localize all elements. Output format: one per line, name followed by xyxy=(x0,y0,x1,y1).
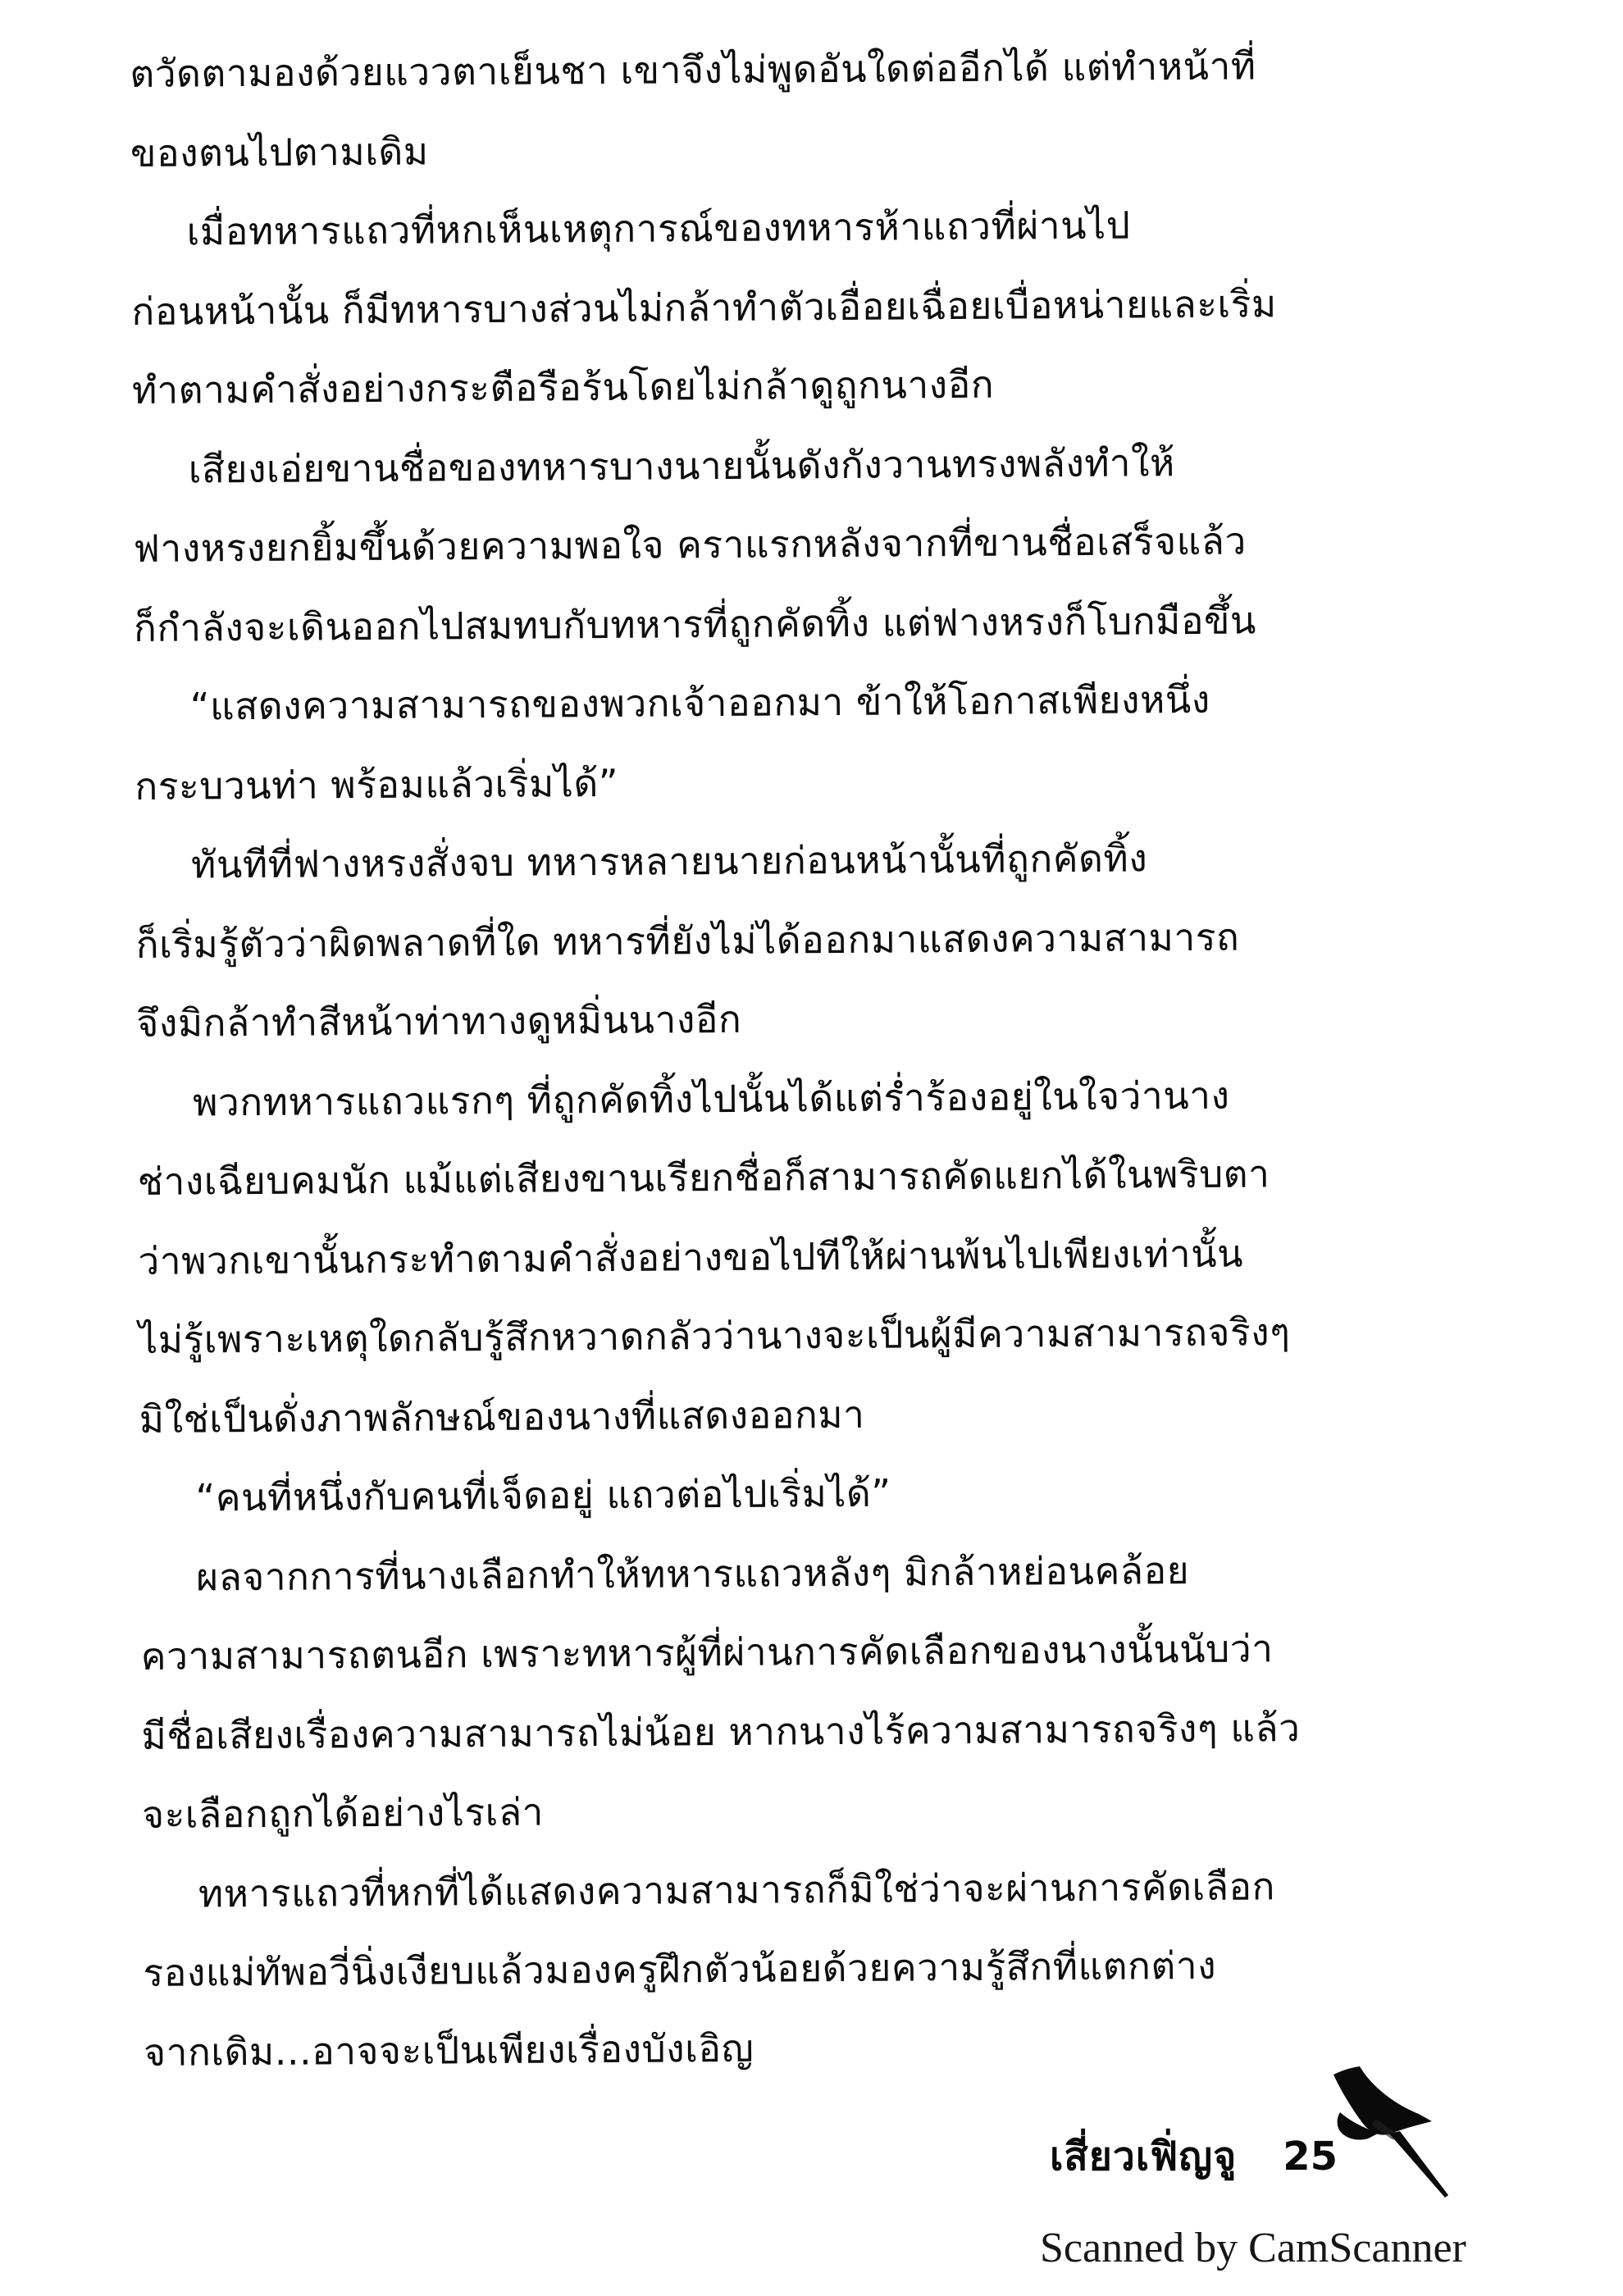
text-line: มีชื่อเสียงเรื่องความสามารถไม่น้อย หากนา… xyxy=(141,1687,1536,1775)
text-line: ทันทีที่ฟางหรงสั่งจบ ทหารหลายนายก่อนหน้า… xyxy=(135,816,1530,904)
book-title: เสี่ยวเฟิ่ญจู xyxy=(1050,2125,1237,2188)
text-line: ผลจากการที่นางเลือกทำให้ทหารแถวหลังๆ มิก… xyxy=(140,1528,1535,1617)
text-line: ก็กำลังจะเดินออกไปสมทบกับทหารที่ถูกคัดทิ… xyxy=(134,579,1529,667)
text-line: เสียงเอ่ยขานชื่อของทหารบางนายนั้นดังกังว… xyxy=(132,421,1527,509)
text-line: ทำตามคำสั่งอย่างกระตือรือร้นโดยไม่กล้าดู… xyxy=(132,341,1527,430)
body-text: ตวัดตามองด้วยแววตาเย็นชา เขาจึงไม่พูดอัน… xyxy=(130,25,1538,2092)
text-line: ความสามารถตนอีก เพราะทหารผู้ที่ผ่านการคั… xyxy=(140,1607,1535,1696)
text-line: กระบวนท่า พร้อมแล้วเริ่มได้” xyxy=(134,737,1530,826)
text-line: ทหารแถวที่หกที่ได้แสดงความสามารถก็มิใช่ว… xyxy=(142,1845,1537,1934)
text-line: จึงมิกล้าทำสีหน้าท่าทางดูหมิ่นนางอีก xyxy=(136,974,1531,1063)
camscanner-watermark: Scanned by CamScanner xyxy=(1040,2224,1466,2272)
text-line: ตวัดตามองด้วยแววตาเย็นชา เขาจึงไม่พูดอัน… xyxy=(130,25,1525,113)
text-line: พวกทหารแถวแรกๆ ที่ถูกคัดทิ้งไปนั้นได้แต่… xyxy=(137,1054,1532,1142)
text-line: “คนที่หนึ่งกับคนที่เจ็ดอยู่ แถวต่อไปเริ่… xyxy=(139,1449,1534,1537)
text-line: ช่างเฉียบคมนัก แม้แต่เสียงขานเรียกชื่อก็… xyxy=(137,1132,1532,1221)
text-line: จะเลือกถูกได้อย่างไรเล่า xyxy=(142,1765,1537,1854)
text-line: “แสดงความสามารถของพวกเจ้าออกมา ข้าให้โอก… xyxy=(134,658,1529,746)
text-line: ก็เริ่มรู้ตัวว่าผิดพลาดที่ใด ทหารที่ยังไ… xyxy=(135,895,1530,984)
text-line: มิใช่เป็นดั่งภาพลักษณ์ของนางที่แสดงออกมา xyxy=(139,1370,1534,1459)
text-line: ฟางหรงยกยิ้มขึ้นด้วยความพอใจ คราแรกหลังจ… xyxy=(133,499,1528,588)
text-line: ก่อนหน้านั้น ก็มีทหารบางส่วนไม่กล้าทำตัว… xyxy=(131,262,1526,351)
text-line: ของตนไปตามเดิม xyxy=(130,104,1525,193)
dagger-icon xyxy=(1279,2017,1468,2214)
text-line: ว่าพวกเขานั้นกระทำตามคำสั่งอย่างขอไปทีให… xyxy=(138,1212,1533,1301)
text-line: รองแม่ทัพอวี่นิ่งเงียบแล้วมองครูฝึกตัวน้… xyxy=(143,1924,1538,2012)
text-line: เมื่อทหารแถวที่หกเห็นเหตุการณ์ของทหารห้า… xyxy=(130,183,1525,271)
text-line: ไม่รู้เพราะเหตุใดกลับรู้สึกหวาดกลัวว่านา… xyxy=(139,1291,1534,1379)
scanned-page: ตวัดตามองด้วยแววตาเย็นชา เขาจึงไม่พูดอัน… xyxy=(0,0,1623,2296)
